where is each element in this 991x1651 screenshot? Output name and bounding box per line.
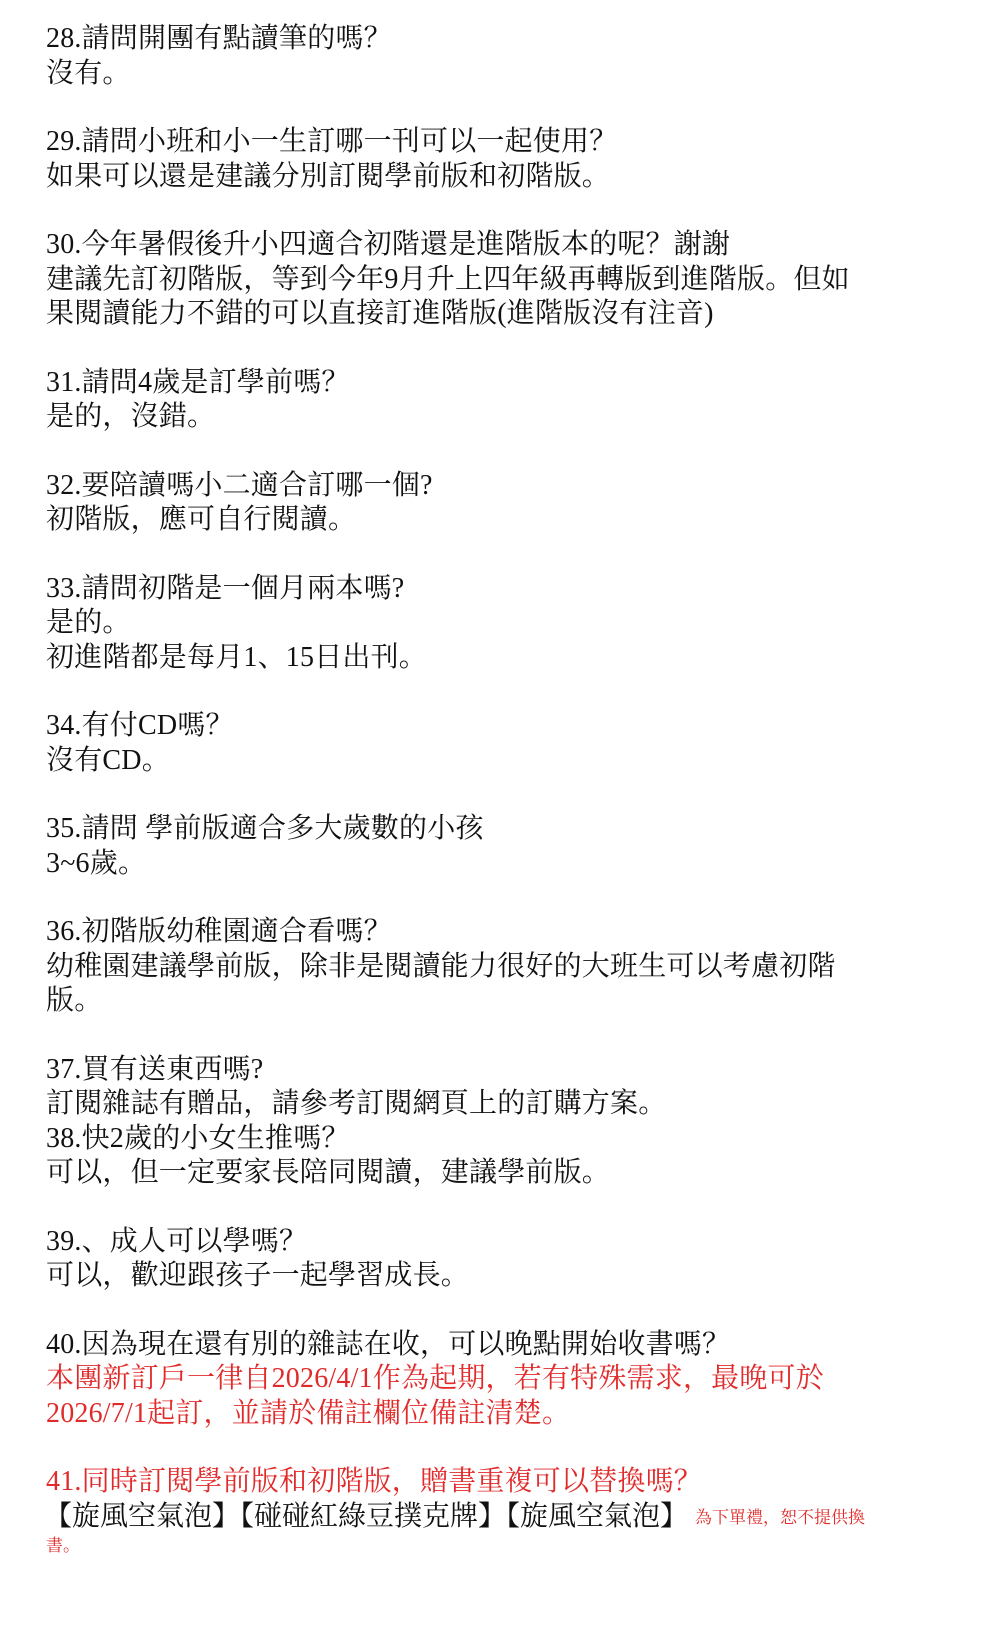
answer: 可以，但一定要家長陪同閱讀，建議學前版。 <box>46 1156 946 1191</box>
answer-continued: 果閱讀能力不錯的可以直接訂進階版(進階版沒有注音) <box>46 297 946 332</box>
gift-list: 【旋風空氣泡】【碰碰紅綠豆撲克牌】【旋風空氣泡】 <box>44 1501 688 1532</box>
answer: 訂閱雜誌有贈品，請參考訂閱網頁上的訂購方案。 <box>46 1087 946 1122</box>
question: 31.請問4歲是訂學前嗎？ <box>46 366 946 401</box>
faq-item-35: 35.請問 學前版適合多大歲數的小孩 3~6歲。 <box>46 812 946 881</box>
gift-note: 為下單禮，恕不提供換 <box>695 1508 865 1527</box>
answer-continued: 版。 <box>46 984 946 1019</box>
question: 37.買有送東西嗎? <box>46 1053 946 1088</box>
gift-list-line: 【旋風空氣泡】【碰碰紅綠豆撲克牌】【旋風空氣泡】 為下單禮，恕不提供換 <box>44 1500 946 1535</box>
question-highlighted: 41.同時訂閱學前版和初階版，贈書重複可以替換嗎？ <box>46 1465 946 1500</box>
question: 34.有付CD嗎？ <box>46 709 946 744</box>
answer: 沒有CD。 <box>46 744 946 779</box>
question: 32.要陪讀嗎小二適合訂哪一個? <box>46 469 946 504</box>
faq-item-40: 40.因為現在還有別的雜誌在收，可以晚點開始收書嗎？ 本團新訂戶一律自2026/… <box>46 1328 946 1432</box>
answer: 初階版，應可自行閱讀。 <box>46 503 946 538</box>
faq-item-41: 41.同時訂閱學前版和初階版，贈書重複可以替換嗎？ 【旋風空氣泡】【碰碰紅綠豆撲… <box>46 1465 946 1557</box>
faq-item-31: 31.請問4歲是訂學前嗎？ 是的，沒錯。 <box>46 366 946 435</box>
question: 30.今年暑假後升小四適合初階還是進階版本的呢？謝謝 <box>46 228 946 263</box>
faq-item-38: 38.快2歲的小女生推嗎？ 可以，但一定要家長陪同閱讀，建議學前版。 <box>46 1122 946 1191</box>
answer-continued: 初進階都是每月1、15日出刊。 <box>46 641 946 676</box>
question: 33.請問初階是一個月兩本嗎? <box>46 572 946 607</box>
faq-document: 28.請問開團有點讀筆的嗎？ 沒有。 29.請問小班和小一生訂哪一刊可以一起使用… <box>0 0 946 1557</box>
answer: 可以，歡迎跟孩子一起學習成長。 <box>46 1259 946 1294</box>
faq-item-36: 36.初階版幼稚園適合看嗎？ 幼稚園建議學前版，除非是閱讀能力很好的大班生可以考… <box>46 915 946 1019</box>
answer: 是的，沒錯。 <box>46 400 946 435</box>
gift-note-continued: 書。 <box>46 1535 946 1557</box>
answer: 建議先訂初階版，等到今年9月升上四年級再轉版到進階版。但如 <box>46 263 946 298</box>
faq-item-39: 39.、成人可以學嗎？ 可以，歡迎跟孩子一起學習成長。 <box>46 1225 946 1294</box>
answer-highlighted-continued: 2026/7/1起訂，並請於備註欄位備註清楚。 <box>46 1397 946 1432</box>
faq-item-33: 33.請問初階是一個月兩本嗎? 是的。 初進階都是每月1、15日出刊。 <box>46 572 946 676</box>
answer-highlighted: 本團新訂戶一律自2026/4/1作為起期，若有特殊需求，最晚可於 <box>46 1362 946 1397</box>
faq-item-34: 34.有付CD嗎？ 沒有CD。 <box>46 709 946 778</box>
answer: 如果可以還是建議分別訂閱學前版和初階版。 <box>46 160 946 195</box>
question: 38.快2歲的小女生推嗎？ <box>46 1122 946 1157</box>
faq-item-32: 32.要陪讀嗎小二適合訂哪一個? 初階版，應可自行閱讀。 <box>46 469 946 538</box>
question: 36.初階版幼稚園適合看嗎？ <box>46 915 946 950</box>
question: 35.請問 學前版適合多大歲數的小孩 <box>46 812 946 847</box>
faq-item-30: 30.今年暑假後升小四適合初階還是進階版本的呢？謝謝 建議先訂初階版，等到今年9… <box>46 228 946 332</box>
question: 29.請問小班和小一生訂哪一刊可以一起使用？ <box>46 125 946 160</box>
answer: 3~6歲。 <box>46 847 946 882</box>
faq-item-37: 37.買有送東西嗎? 訂閱雜誌有贈品，請參考訂閱網頁上的訂購方案。 <box>46 1053 946 1122</box>
faq-item-28: 28.請問開團有點讀筆的嗎？ 沒有。 <box>46 22 946 91</box>
faq-item-29: 29.請問小班和小一生訂哪一刊可以一起使用？ 如果可以還是建議分別訂閱學前版和初… <box>46 125 946 194</box>
answer: 幼稚園建議學前版，除非是閱讀能力很好的大班生可以考慮初階 <box>46 950 946 985</box>
answer: 沒有。 <box>46 57 946 92</box>
question: 28.請問開團有點讀筆的嗎？ <box>46 22 946 57</box>
question: 39.、成人可以學嗎？ <box>46 1225 946 1260</box>
question: 40.因為現在還有別的雜誌在收，可以晚點開始收書嗎？ <box>46 1328 946 1363</box>
answer: 是的。 <box>46 606 946 641</box>
